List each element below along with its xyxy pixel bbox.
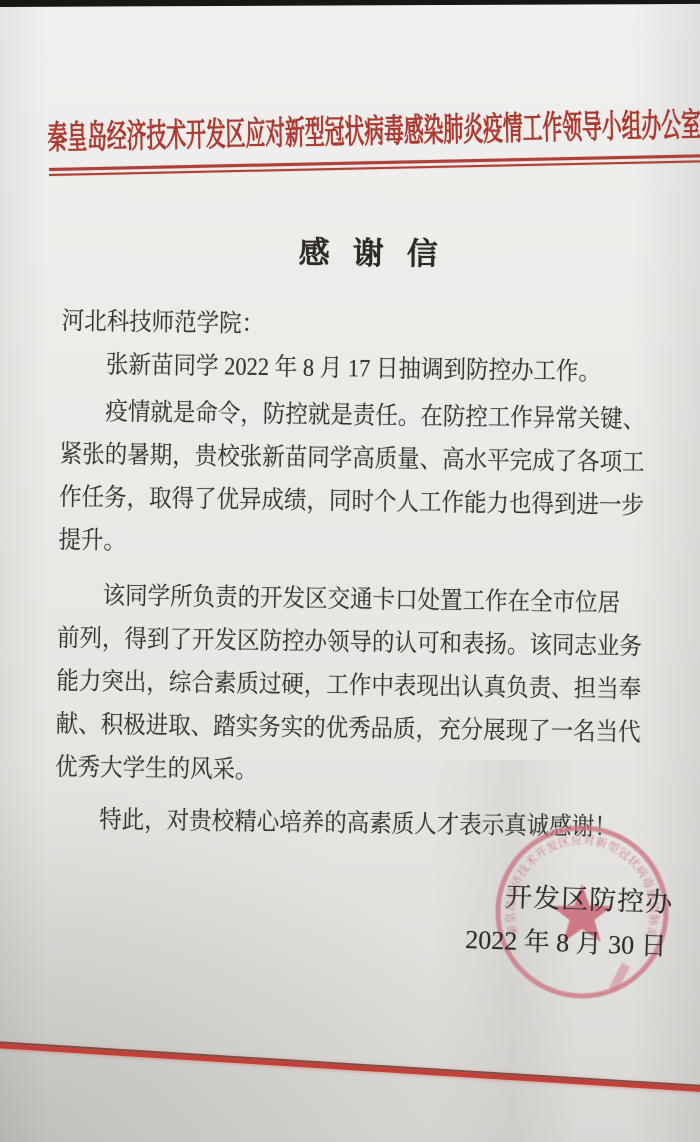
body-paragraph: 该同学所负责的开发区交通卡口处置工作在全市位居前列，得到了开发区防控办领导的认可… [55, 574, 688, 798]
signature-signer: 开发区防控办 [505, 875, 674, 920]
signature-date: 2022 年 8 月 30 日 [465, 919, 668, 963]
body-paragraph: 张新苗同学 2022 年 8 月 17 日抽调到防控办工作。 [61, 343, 692, 395]
body-line: 张新苗同学 2022 年 8 月 17 日抽调到防控办工作。 [61, 343, 692, 395]
letter-body: 河北科技师范学院： 张新苗同学 2022 年 8 月 17 日抽调到防控办工作。… [54, 300, 692, 850]
letter-title: 感谢信 [299, 227, 461, 274]
document-photo: 秦皇岛经济技术开发区应对新型冠状病毒感染肺炎疫情工作领导小组办公室 感谢信 河北… [0, 0, 700, 1142]
body-paragraphs: 张新苗同学 2022 年 8 月 17 日抽调到防控办工作。疫情就是命令，防控就… [54, 343, 691, 850]
body-paragraph: 疫情就是命令，防控就是责任。在防控工作异常关键、紧张的暑期，贵校张新苗同学高质量… [58, 390, 690, 571]
